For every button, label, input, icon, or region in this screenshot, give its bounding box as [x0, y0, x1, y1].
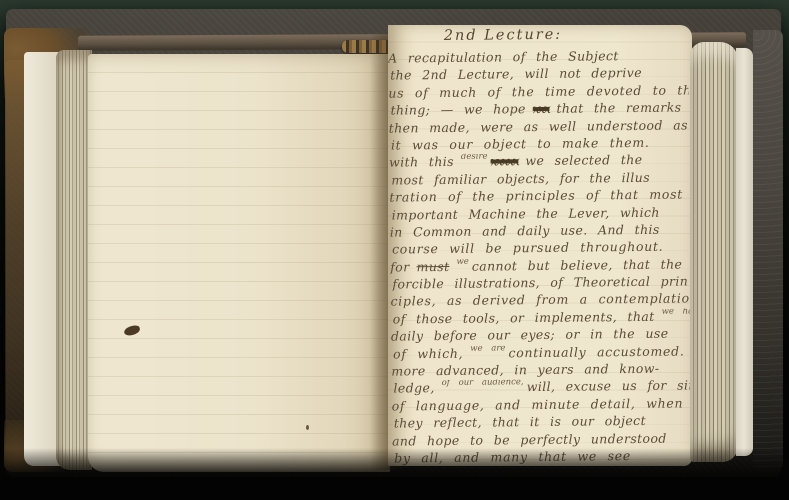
- photo-scene: 2nd Lecture: A recapitulation of the Sub…: [0, 0, 789, 500]
- manuscript-segment: forcible illustrations, of Theoretical p…: [392, 274, 688, 292]
- manuscript-segment: they reflect, that it is our object: [394, 413, 646, 431]
- left-page-edge-stack: [56, 50, 92, 470]
- inserted-word: of our audience,: [442, 378, 524, 389]
- manuscript-segment: and hope to be perfectly understood: [392, 430, 667, 448]
- manuscript-segment: course will be pursued throughout.: [392, 239, 663, 257]
- manuscript-segment: for: [390, 259, 409, 274]
- manuscript-segment: more advanced, in years and know-: [391, 361, 659, 379]
- manuscript-segment: then made, were as well understood as: [389, 117, 688, 135]
- manuscript-segment: we selected the: [525, 152, 642, 168]
- left-blank-page: [88, 54, 390, 472]
- manuscript-segment: of those tools, or implements, that: [393, 309, 655, 327]
- manuscript-text: 2nd Lecture: A recapitulation of the Sub…: [388, 25, 692, 466]
- struck-word: xxx: [533, 101, 550, 116]
- inserted-word: we are: [470, 343, 505, 353]
- manuscript-segment: of which,: [393, 345, 463, 361]
- manuscript-segment: will, excuse us for simplicity: [527, 378, 692, 395]
- manuscript-segment: ledge,: [393, 381, 434, 396]
- manuscript-segment: in Common and daily use. And this: [390, 222, 660, 240]
- manuscript-heading: 2nd Lecture:: [444, 25, 688, 47]
- right-manuscript-page: 2nd Lecture: A recapitulation of the Sub…: [388, 25, 692, 466]
- manuscript-segment: us of much of the time devoted to the: [388, 82, 688, 100]
- manuscript-line: by all, and many that we see: [394, 447, 692, 466]
- manuscript-segment: ciples, as derived from a contemplation: [390, 291, 690, 309]
- inserted-word: desire: [461, 152, 488, 162]
- inserted-word: we: [456, 256, 468, 266]
- manuscript-segment: daily before our eyes; or in the use: [391, 326, 669, 344]
- manuscript-segment: most familiar objects, for the illus: [391, 170, 650, 188]
- manuscript-segment: that the remarks: [556, 100, 681, 116]
- manuscript-segment: by all, and many that we see: [394, 448, 631, 465]
- manuscript-segment: cannot but believe, that the: [472, 256, 683, 273]
- manuscript-lines: A recapitulation of the Subjectthe 2nd L…: [388, 47, 692, 466]
- page-speck: [306, 425, 309, 430]
- ink-blot: [123, 324, 141, 336]
- manuscript-segment: thing; — we hope: [390, 101, 525, 117]
- struck-word: xxxxx: [491, 154, 519, 169]
- right-fore-edge-stack: [690, 42, 738, 462]
- struck-word: must: [416, 259, 449, 274]
- right-cover-edge: [753, 30, 783, 470]
- manuscript-segment: with this: [389, 154, 454, 170]
- manuscript-segment: tration of the principles of that most: [389, 187, 683, 205]
- manuscript-segment: important Machine the Lever, which: [392, 204, 660, 222]
- right-endpaper: [736, 48, 753, 456]
- manuscript-segment: A recapitulation of the Subject: [388, 48, 619, 65]
- manuscript-segment: of language, and minute detail, when: [392, 395, 684, 413]
- manuscript-segment: the 2nd Lecture, will not deprive: [390, 65, 642, 83]
- inserted-word: we have: [662, 308, 691, 316]
- manuscript-segment: continually accustomed. The: [508, 343, 691, 360]
- manuscript-segment: it was our object to make them.: [391, 135, 650, 153]
